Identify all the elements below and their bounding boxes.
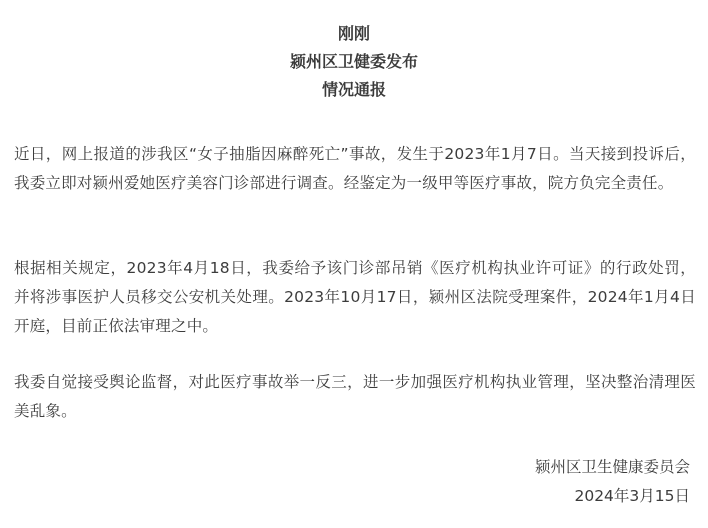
signature-date: 2024年3月15日 <box>574 482 690 511</box>
header-just-now: 刚刚 <box>0 20 708 48</box>
header-notice-title: 情况通报 <box>0 76 708 104</box>
notice-header: 刚刚 颍州区卫健委发布 情况通报 <box>0 20 708 104</box>
paragraph-commitment: 我委自觉接受舆论监督，对此医疗事故举一反三，进一步加强医疗机构执业管理，坚决整治… <box>14 368 696 426</box>
paragraph-incident: 近日，网上报道的涉我区“女子抽脂因麻醉死亡”事故，发生于2023年1月7日。当天… <box>14 140 696 198</box>
header-publisher: 颍州区卫健委发布 <box>0 48 708 76</box>
signature-organization: 颍州区卫生健康委员会 <box>535 453 690 482</box>
paragraph-penalty: 根据相关规定，2023年4月18日，我委给予该门诊部吊销《医疗机构执业许可证》的… <box>14 254 696 341</box>
